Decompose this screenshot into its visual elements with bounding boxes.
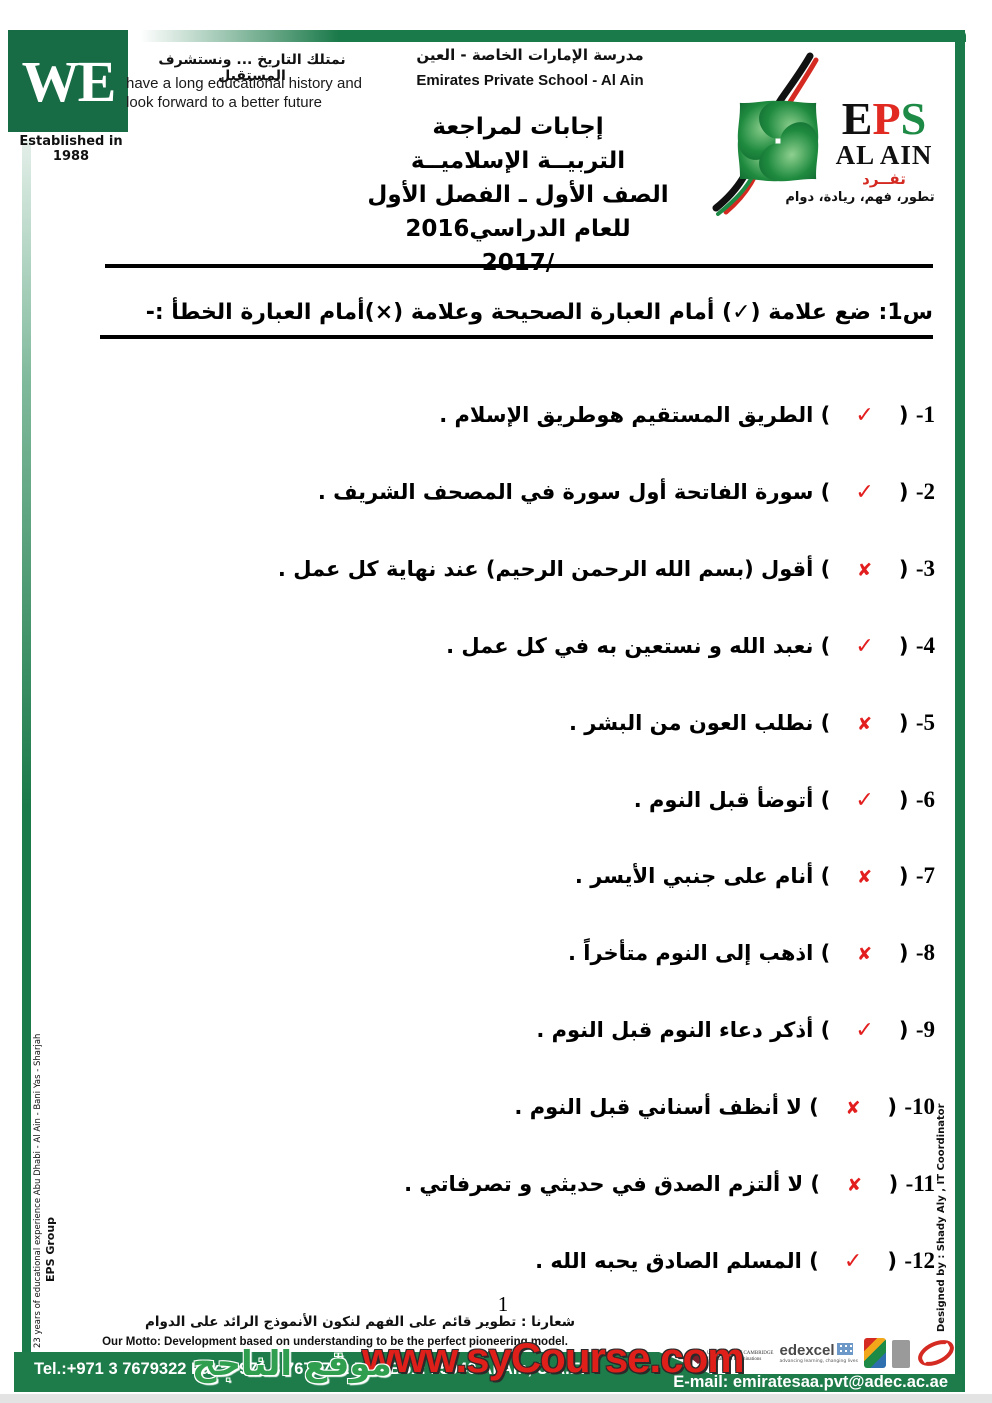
close-paren: ) <box>813 634 830 658</box>
gray-partner-logo <box>892 1340 910 1368</box>
item-number: 12- <box>904 1248 935 1273</box>
question-item: 6- ( ✓ ) أتوضأ قبل النوم . <box>95 787 935 813</box>
edexcel-tagline: advancing learning, changing lives <box>779 1359 857 1364</box>
question-item: 12- ( ✓ ) المسلم الصادق يحبه الله . <box>95 1248 935 1274</box>
item-number: 6- <box>916 787 935 812</box>
close-paren: ) <box>802 1249 819 1273</box>
side-eps-group-label: EPS Group <box>44 1217 57 1282</box>
watermark-domain: www.syCourse.com <box>362 1334 744 1382</box>
answer-mark: ✘ <box>838 867 892 888</box>
open-paren: ( <box>899 711 909 735</box>
page-bottom-edge <box>0 1394 992 1403</box>
item-text: نطلب العون من البشر . <box>569 711 813 735</box>
edexcel-logo: edexcel advancing learning, changing liv… <box>779 1340 857 1364</box>
open-paren: ( <box>899 634 909 658</box>
question-item: 10- ( ✘ ) لا أنظف أسناني قبل النوم . <box>95 1094 935 1120</box>
title-line-2: التربيــة الإسلاميــة <box>366 144 670 178</box>
left-green-border <box>22 140 31 1352</box>
answer-mark: ✓ <box>838 1018 892 1043</box>
question-item: 3- ( ✘ ) أقول (بسم الله الرحمن الرحيم) ع… <box>95 556 935 582</box>
tagline-english: have a long educational history and look… <box>126 74 378 112</box>
open-paren: ( <box>887 1095 897 1119</box>
edexcel-dots-icon <box>837 1343 853 1355</box>
answer-mark: ✘ <box>838 944 892 965</box>
item-text: أنام على جنبي الأيسر . <box>575 864 813 888</box>
item-number: 3- <box>916 556 935 581</box>
item-number: 9- <box>916 1017 935 1042</box>
open-paren: ( <box>899 1018 909 1042</box>
item-number: 2- <box>916 479 935 504</box>
open-paren: ( <box>899 480 909 504</box>
item-text: لا ألتزم الصدق في حديثي و تصرفاتي . <box>404 1172 803 1196</box>
question-item: 4- ( ✓ ) نعبد الله و نستعين به في كل عمل… <box>95 633 935 659</box>
answer-mark: ✓ <box>838 403 892 428</box>
close-paren: ) <box>813 403 830 427</box>
open-paren: ( <box>899 788 909 812</box>
title-line-1: إجابات لمراجعة <box>366 110 670 144</box>
title-line-3: الصف الأول ـ الفصل الأول <box>366 178 670 212</box>
adec-logo <box>864 1338 886 1368</box>
close-paren: ) <box>813 480 830 504</box>
question-heading: س1: ضع علامة (✓) أمام العبارة الصحيحة وع… <box>100 300 933 339</box>
close-paren: ) <box>813 788 830 812</box>
eps-letter-p: P <box>872 93 900 144</box>
item-text: اذهب إلى النوم متأخراً . <box>568 941 813 965</box>
school-name-english: Emirates Private School - Al Ain <box>388 72 672 89</box>
item-number: 5- <box>916 710 935 735</box>
eps-al-ain-label: AL AIN <box>810 140 958 171</box>
answer-mark: ✘ <box>826 1098 880 1119</box>
open-paren: ( <box>899 864 909 888</box>
question-item: 7- ( ✘ ) أنام على جنبي الأيسر . <box>95 863 935 889</box>
open-paren: ( <box>899 403 909 427</box>
swoosh-logo <box>916 1338 956 1368</box>
answer-mark: ✓ <box>826 1249 880 1274</box>
close-paren: ) <box>813 557 830 581</box>
item-number: 8- <box>916 940 935 965</box>
ribbon-green <box>718 174 754 214</box>
item-text: سورة الفاتحة أول سورة في المصحف الشريف . <box>318 480 813 504</box>
close-paren: ) <box>813 864 830 888</box>
watermark-arabic: موقع الناجح <box>192 1344 392 1384</box>
item-text: الطريق المستقيم هوطريق الإسلام . <box>439 403 813 427</box>
side-experience-label: 23 years of educational experience Abu D… <box>33 1034 43 1348</box>
motto-arabic: شعارنا : تطوير قائم على الفهم لنكون الأن… <box>120 1314 600 1330</box>
title-divider-line <box>105 264 933 268</box>
item-number: 1- <box>916 402 935 427</box>
eps-letter-e: E <box>842 93 873 144</box>
school-name-arabic: مدرسة الإمارات الخاصة - العين <box>388 46 672 64</box>
answer-mark: ✓ <box>838 634 892 659</box>
item-number: 4- <box>916 633 935 658</box>
answer-mark: ✓ <box>838 480 892 505</box>
eps-tafarrod-label: تفــرد <box>810 170 958 188</box>
close-paren: ) <box>813 941 830 965</box>
open-paren: ( <box>889 1172 899 1196</box>
open-paren: ( <box>899 941 909 965</box>
eps-wordmark: EPS <box>810 96 958 142</box>
item-number: 11- <box>906 1171 935 1196</box>
question-item: 8- ( ✘ ) اذهب إلى النوم متأخراً . <box>95 940 935 966</box>
answer-mark: ✓ <box>838 788 892 813</box>
item-number: 10- <box>904 1094 935 1119</box>
item-text: المسلم الصادق يحبه الله . <box>535 1249 802 1273</box>
question-items-list: 1- ( ✓ ) الطريق المستقيم هوطريق الإسلام … <box>95 402 935 1274</box>
item-text: لا أنظف أسناني قبل النوم . <box>514 1095 801 1119</box>
question-item: 2- ( ✓ ) سورة الفاتحة أول سورة في المصحف… <box>95 479 935 505</box>
edexcel-wordmark: edexcel <box>779 1342 834 1359</box>
worksheet-page: WE Established in 1988 نمتلك التاريخ ...… <box>0 0 992 1403</box>
answer-mark: ✘ <box>827 1175 881 1196</box>
we-logo: WE <box>8 30 128 132</box>
question-item: 9- ( ✓ ) أذكر دعاء النوم قبل النوم . <box>95 1017 935 1043</box>
established-label: Established in 1988 <box>4 134 138 164</box>
question-item: 11- ( ✘ ) لا ألتزم الصدق في حديثي و تصرف… <box>95 1171 935 1197</box>
close-paren: ) <box>803 1172 820 1196</box>
close-paren: ) <box>813 711 830 735</box>
item-text: أذكر دعاء النوم قبل النوم . <box>536 1018 813 1042</box>
eps-slogan: تطور، فهم، ريادة، دوام <box>762 190 958 205</box>
title-line-4: للعام الدراسي2016 /2017 <box>366 212 670 280</box>
we-logo-text: WE <box>22 48 115 115</box>
item-text: أقول (بسم الله الرحمن الرحيم) عند نهاية … <box>278 557 813 581</box>
open-paren: ( <box>899 557 909 581</box>
side-designed-by-label: Designed by : Shady Aly , IT Coordinator <box>936 1103 947 1332</box>
item-text: أتوضأ قبل النوم . <box>634 788 814 812</box>
item-number: 7- <box>916 863 935 888</box>
close-paren: ) <box>813 1018 830 1042</box>
item-text: نعبد الله و نستعين به في كل عمل . <box>446 634 813 658</box>
answer-mark: ✘ <box>838 714 892 735</box>
document-title: إجابات لمراجعة التربيــة الإسلاميــة الص… <box>366 110 670 280</box>
question-item: 5- ( ✘ ) نطلب العون من البشر . <box>95 710 935 736</box>
answer-mark: ✘ <box>838 560 892 581</box>
eps-letter-s: S <box>901 93 927 144</box>
open-paren: ( <box>887 1249 897 1273</box>
question-item: 1- ( ✓ ) الطريق المستقيم هوطريق الإسلام … <box>95 402 935 428</box>
eps-al-ain-logo: EPS AL AIN تفــرد تطور، فهم، ريادة، دوام <box>698 38 958 238</box>
close-paren: ) <box>802 1095 819 1119</box>
